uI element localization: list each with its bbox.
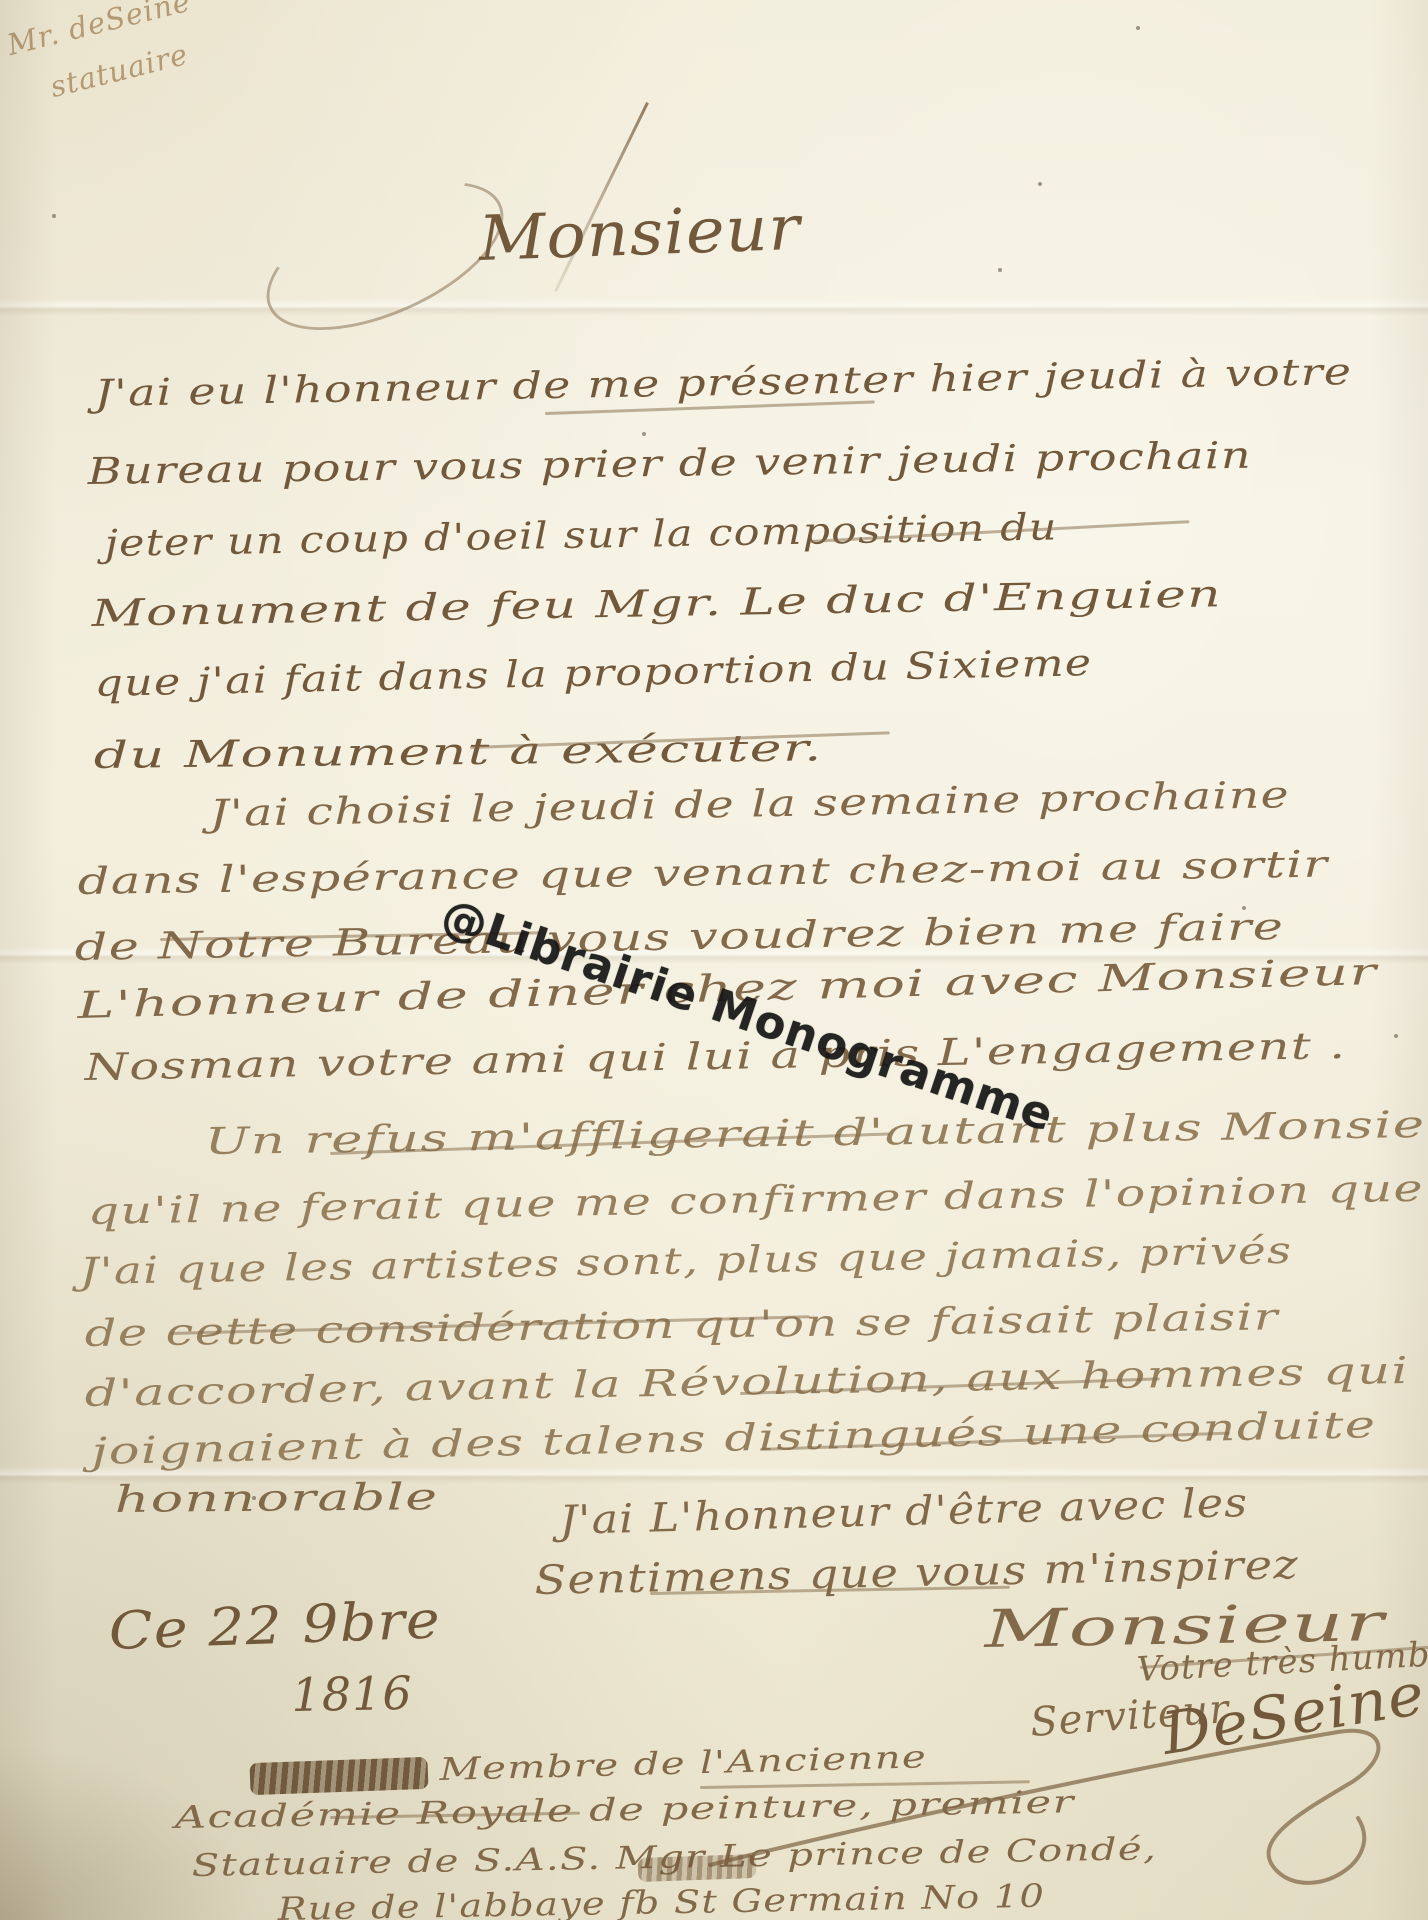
paper-speck [1394, 1034, 1398, 1038]
letter-line: Un refus m'affligerait d'autant plus Mon… [204, 1102, 1428, 1163]
letter-line: que j'ai fait dans la proportion du Sixi… [94, 641, 1093, 705]
paper-speck [1136, 26, 1140, 30]
ink-blot-conde [638, 1854, 757, 1882]
date-line2: 1816 [291, 1666, 413, 1722]
paper-speck [52, 214, 56, 218]
paper-speck [998, 268, 1002, 272]
paper-crease [0, 298, 1428, 316]
letter-line: J'ai choisi le jeudi de la semaine proch… [209, 773, 1290, 835]
letter-line: du Monument à exécuter. [94, 726, 823, 777]
closing-line: J'ai L'honneur d'être avec les [559, 1480, 1249, 1544]
letter-line: dans l'espérance que venant chez-moi au … [77, 843, 1328, 903]
letter-line: joignaient à des talens distingués une c… [91, 1403, 1377, 1473]
paper-speck [642, 432, 646, 436]
letter-line: d'accorder, avant la Révolution, aux hom… [84, 1349, 1409, 1415]
closing-line: Sentimens que vous m'inspirez [534, 1542, 1299, 1604]
letter-line: J'ai que les artistes sont, plus que jam… [79, 1229, 1292, 1293]
letter-line: Monument de feu Mgr. Le duc d'Enguien [91, 572, 1222, 635]
postscript-line: Rue de l'abbaye fb St Germain No 10 [277, 1877, 1045, 1920]
page-curl-shadow [0, 1730, 280, 1920]
letter-line: honnorable [115, 1475, 439, 1521]
letter-line: de cette considération qu'on se faisait … [84, 1295, 1279, 1355]
letter-page: Mr. deSeine statuaire Monsieur J'ai eu l… [0, 0, 1428, 1920]
date-line1: Ce 22 9bre [108, 1590, 442, 1662]
salutation: Monsieur [477, 191, 801, 275]
letter-line: qu'il ne ferait que me confirmer dans l'… [87, 1167, 1424, 1233]
letter-line: Bureau pour vous prier de venir jeudi pr… [87, 434, 1252, 493]
paper-speck [1038, 182, 1042, 186]
letter-line: Nosman votre ami qui lui a pris L'engage… [84, 1024, 1346, 1089]
